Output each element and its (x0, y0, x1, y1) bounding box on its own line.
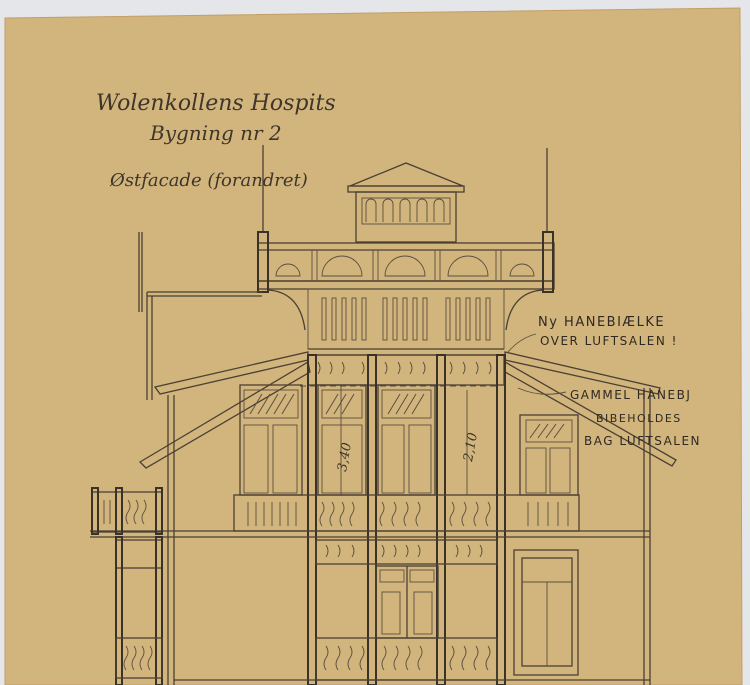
note-1-line-2: OVER LUFTSALEN ! (540, 334, 678, 348)
note-2-line-1: GAMMEL HANEBJ (570, 388, 691, 402)
elevation-drawing: Wolenkollens Hospits Bygning nr 2 Østfac… (0, 0, 750, 685)
note-1-line-1: Ny HANEBIÆLKE (538, 315, 665, 330)
note-2-line-3: BAG LUFTSALEN (584, 434, 701, 448)
note-2-line-2: BIBEHOLDES (596, 412, 682, 425)
title-line-2: Bygning nr 2 (149, 121, 282, 145)
title-line-3: Østfacade (forandret) (109, 170, 308, 191)
title-line-1: Wolenkollens Hospits (96, 91, 336, 116)
drawing-sheet: Wolenkollens Hospits Bygning nr 2 Østfac… (0, 0, 750, 685)
